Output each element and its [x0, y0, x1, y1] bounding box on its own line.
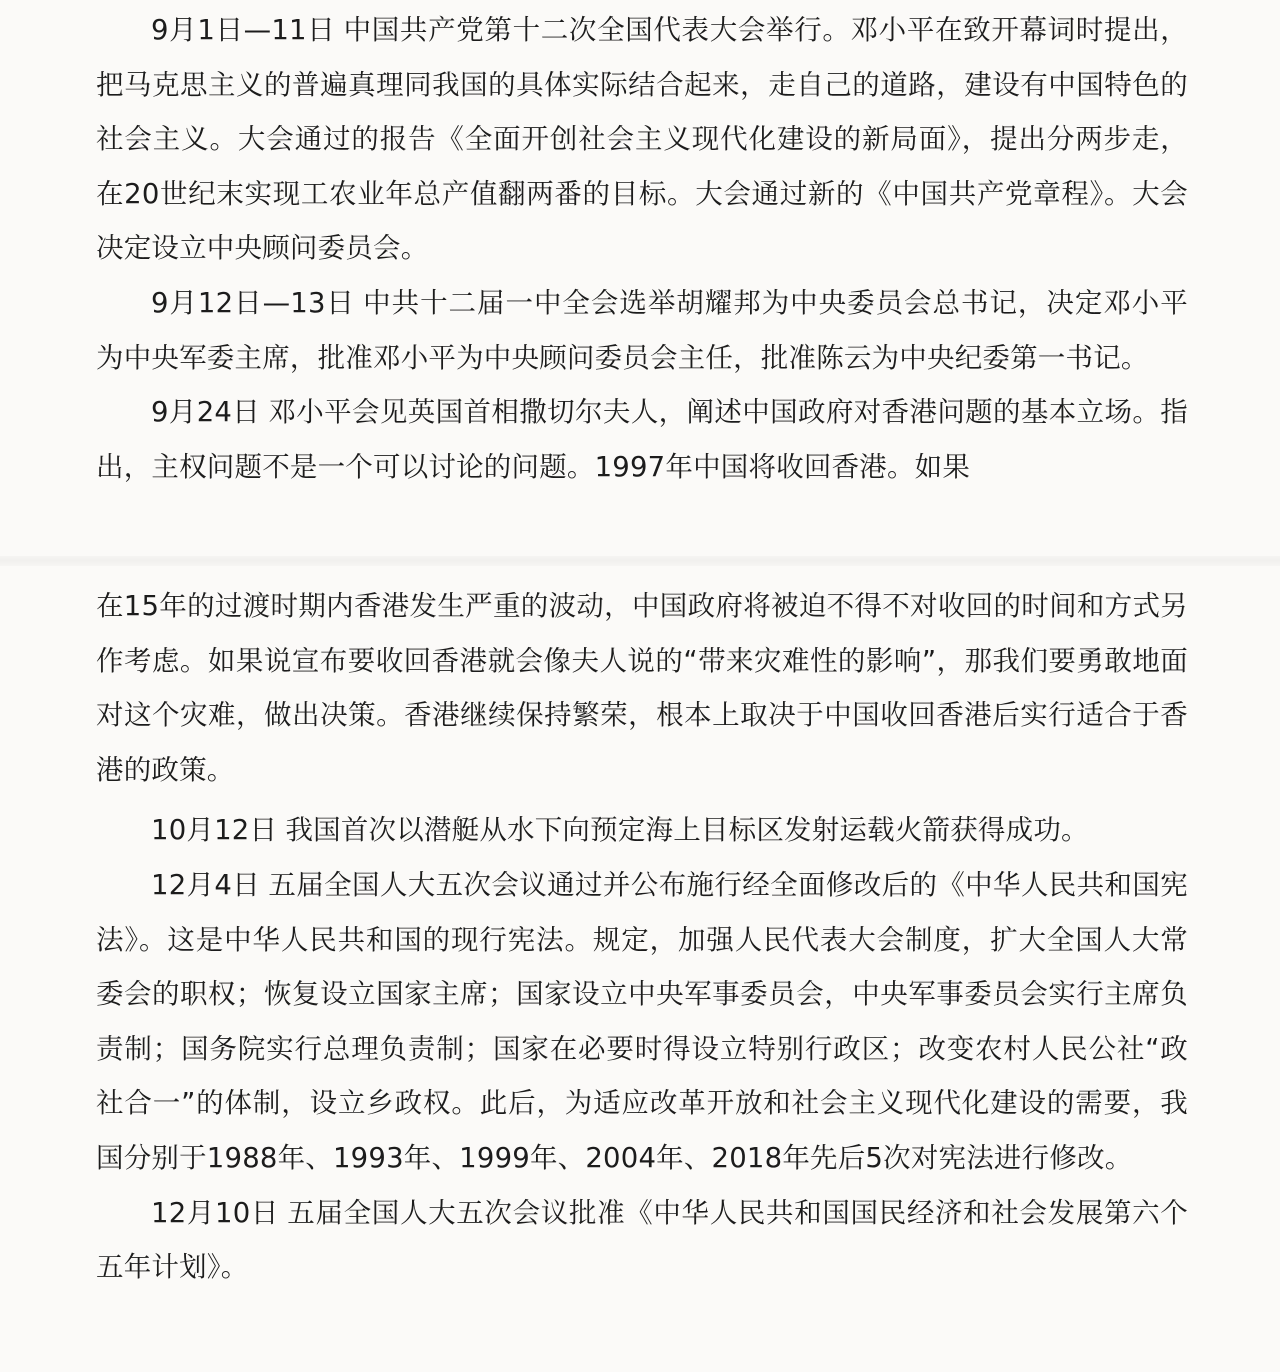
- image-seam-divider: [0, 556, 1280, 566]
- entry-text: 五届全国人大五次会议通过并公布施行经全面修改后的《中华人民共和国宪法》。这是中华…: [96, 869, 1188, 1174]
- paragraph-sep-12-13: 9月12日—13日中共十二届一中全会选举胡耀邦为中央委员会总书记，决定邓小平为中…: [96, 276, 1188, 385]
- entry-date: 9月1日—11日: [151, 14, 335, 46]
- entry-date: 9月24日: [151, 396, 260, 428]
- paragraph-oct-12: 10月12日我国首次以潜艇从水下向预定海上目标区发射运载火箭获得成功。: [96, 803, 1188, 858]
- document-section-top: 9月1日—11日中国共产党第十二次全国代表大会举行。邓小平在致开幕词时提出，把马…: [0, 0, 1280, 556]
- entry-date: 12月10日: [151, 1197, 279, 1229]
- entry-text: 在15年的过渡时期内香港发生严重的波动，中国政府将被迫不得不对收回的时间和方式另…: [96, 590, 1188, 786]
- paragraph-sep-24-continued: 在15年的过渡时期内香港发生严重的波动，中国政府将被迫不得不对收回的时间和方式另…: [96, 579, 1188, 797]
- text-block: 在15年的过渡时期内香港发生严重的波动，中国政府将被迫不得不对收回的时间和方式另…: [96, 579, 1188, 1295]
- paragraph-dec-4: 12月4日五届全国人大五次会议通过并公布施行经全面修改后的《中华人民共和国宪法》…: [96, 858, 1188, 1186]
- entry-date: 12月4日: [151, 869, 260, 901]
- paragraph-sep-24: 9月24日邓小平会见英国首相撒切尔夫人，阐述中国政府对香港问题的基本立场。指出，…: [96, 385, 1188, 494]
- document-section-bottom: 在15年的过渡时期内香港发生严重的波动，中国政府将被迫不得不对收回的时间和方式另…: [0, 566, 1280, 1372]
- entry-date: 9月12日—13日: [151, 287, 355, 319]
- text-block: 9月1日—11日中国共产党第十二次全国代表大会举行。邓小平在致开幕词时提出，把马…: [96, 3, 1188, 494]
- paragraph-dec-10: 12月10日五届全国人大五次会议批准《中华人民共和国国民经济和社会发展第六个五年…: [96, 1186, 1188, 1295]
- entry-text: 我国首次以潜艇从水下向预定海上目标区发射运载火箭获得成功。: [285, 814, 1088, 846]
- entry-text: 中国共产党第十二次全国代表大会举行。邓小平在致开幕词时提出，把马克思主义的普遍真…: [96, 14, 1188, 264]
- paragraph-sep-1-11: 9月1日—11日中国共产党第十二次全国代表大会举行。邓小平在致开幕词时提出，把马…: [96, 3, 1188, 276]
- entry-date: 10月12日: [151, 814, 277, 846]
